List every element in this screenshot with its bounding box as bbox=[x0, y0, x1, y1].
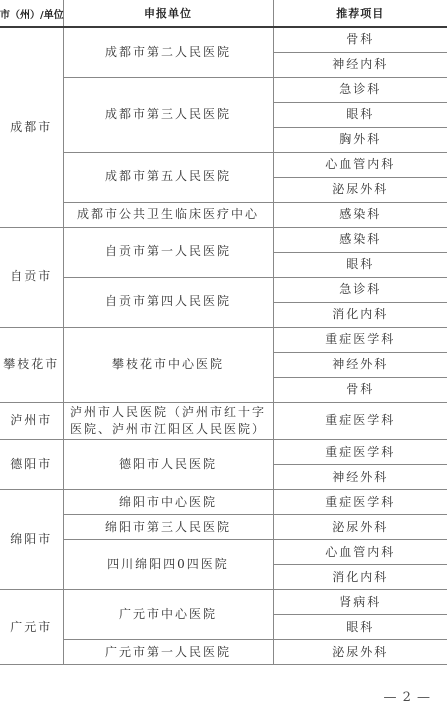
table-row: 四川绵阳四0四医院心血管内科 bbox=[0, 540, 447, 565]
department-cell: 重症医学科 bbox=[273, 402, 447, 440]
column-header-city-unit: 市（州）/单位 bbox=[0, 0, 63, 27]
column-header-recommended-project: 推荐项目 bbox=[273, 0, 447, 27]
hospital-cell: 广元市中心医院 bbox=[63, 590, 273, 640]
city-cell: 攀枝花市 bbox=[0, 327, 63, 402]
hospital-cell: 广元市第一人民医院 bbox=[63, 640, 273, 665]
document-page: 市（州）/单位 申报单位 推荐项目 成都市成都市第二人民医院骨科神经内科成都市第… bbox=[0, 0, 447, 665]
department-cell: 眼科 bbox=[273, 615, 447, 640]
department-cell: 泌尿外科 bbox=[273, 515, 447, 540]
city-cell: 德阳市 bbox=[0, 440, 63, 490]
table-row: 德阳市德阳市人民医院重症医学科 bbox=[0, 440, 447, 465]
table-row: 成都市第五人民医院心血管内科 bbox=[0, 152, 447, 177]
department-cell: 感染科 bbox=[273, 202, 447, 227]
department-cell: 重症医学科 bbox=[273, 490, 447, 515]
department-cell: 泌尿外科 bbox=[273, 177, 447, 202]
department-cell: 肾病科 bbox=[273, 590, 447, 615]
hospital-cell: 绵阳市第三人民医院 bbox=[63, 515, 273, 540]
page-number: — 2 — bbox=[383, 690, 431, 705]
department-cell: 消化内科 bbox=[273, 565, 447, 590]
department-cell: 眼科 bbox=[273, 252, 447, 277]
department-cell: 神经外科 bbox=[273, 352, 447, 377]
department-cell: 心血管内科 bbox=[273, 152, 447, 177]
hospital-recommendation-table: 市（州）/单位 申报单位 推荐项目 成都市成都市第二人民医院骨科神经内科成都市第… bbox=[0, 0, 447, 665]
department-cell: 消化内科 bbox=[273, 302, 447, 327]
table-row: 成都市第三人民医院急诊科 bbox=[0, 77, 447, 102]
department-cell: 心血管内科 bbox=[273, 540, 447, 565]
table-header-row: 市（州）/单位 申报单位 推荐项目 bbox=[0, 0, 447, 27]
table-row: 自贡市第四人民医院急诊科 bbox=[0, 277, 447, 302]
table-row: 绵阳市绵阳市中心医院重症医学科 bbox=[0, 490, 447, 515]
department-cell: 重症医学科 bbox=[273, 327, 447, 352]
hospital-cell: 自贡市第一人民医院 bbox=[63, 227, 273, 277]
department-cell: 急诊科 bbox=[273, 77, 447, 102]
hospital-cell: 成都市第五人民医院 bbox=[63, 152, 273, 202]
table-row: 绵阳市第三人民医院泌尿外科 bbox=[0, 515, 447, 540]
table-row: 成都市公共卫生临床医疗中心感染科 bbox=[0, 202, 447, 227]
department-cell: 重症医学科 bbox=[273, 440, 447, 465]
hospital-cell: 成都市公共卫生临床医疗中心 bbox=[63, 202, 273, 227]
department-cell: 骨科 bbox=[273, 377, 447, 402]
department-cell: 眼科 bbox=[273, 102, 447, 127]
table-row: 泸州市泸州市人民医院（泸州市红十字医院、泸州市江阳区人民医院）重症医学科 bbox=[0, 402, 447, 440]
hospital-cell: 泸州市人民医院（泸州市红十字医院、泸州市江阳区人民医院） bbox=[63, 402, 273, 440]
table-row: 广元市广元市中心医院肾病科 bbox=[0, 590, 447, 615]
hospital-cell: 攀枝花市中心医院 bbox=[63, 327, 273, 402]
city-cell: 成都市 bbox=[0, 27, 63, 227]
department-cell: 泌尿外科 bbox=[273, 640, 447, 665]
hospital-cell: 绵阳市中心医院 bbox=[63, 490, 273, 515]
city-cell: 广元市 bbox=[0, 590, 63, 665]
department-cell: 骨科 bbox=[273, 27, 447, 52]
department-cell: 神经内科 bbox=[273, 52, 447, 77]
department-cell: 胸外科 bbox=[273, 127, 447, 152]
hospital-cell: 成都市第二人民医院 bbox=[63, 27, 273, 77]
department-cell: 急诊科 bbox=[273, 277, 447, 302]
department-cell: 神经外科 bbox=[273, 465, 447, 490]
city-cell: 自贡市 bbox=[0, 227, 63, 327]
hospital-cell: 德阳市人民医院 bbox=[63, 440, 273, 490]
city-cell: 绵阳市 bbox=[0, 490, 63, 590]
hospital-cell: 四川绵阳四0四医院 bbox=[63, 540, 273, 590]
hospital-cell: 自贡市第四人民医院 bbox=[63, 277, 273, 327]
table-row: 自贡市自贡市第一人民医院感染科 bbox=[0, 227, 447, 252]
table-row: 成都市成都市第二人民医院骨科 bbox=[0, 27, 447, 52]
city-cell: 泸州市 bbox=[0, 402, 63, 440]
column-header-applicant-unit: 申报单位 bbox=[63, 0, 273, 27]
table-row: 攀枝花市攀枝花市中心医院重症医学科 bbox=[0, 327, 447, 352]
hospital-cell: 成都市第三人民医院 bbox=[63, 77, 273, 152]
department-cell: 感染科 bbox=[273, 227, 447, 252]
table-row: 广元市第一人民医院泌尿外科 bbox=[0, 640, 447, 665]
